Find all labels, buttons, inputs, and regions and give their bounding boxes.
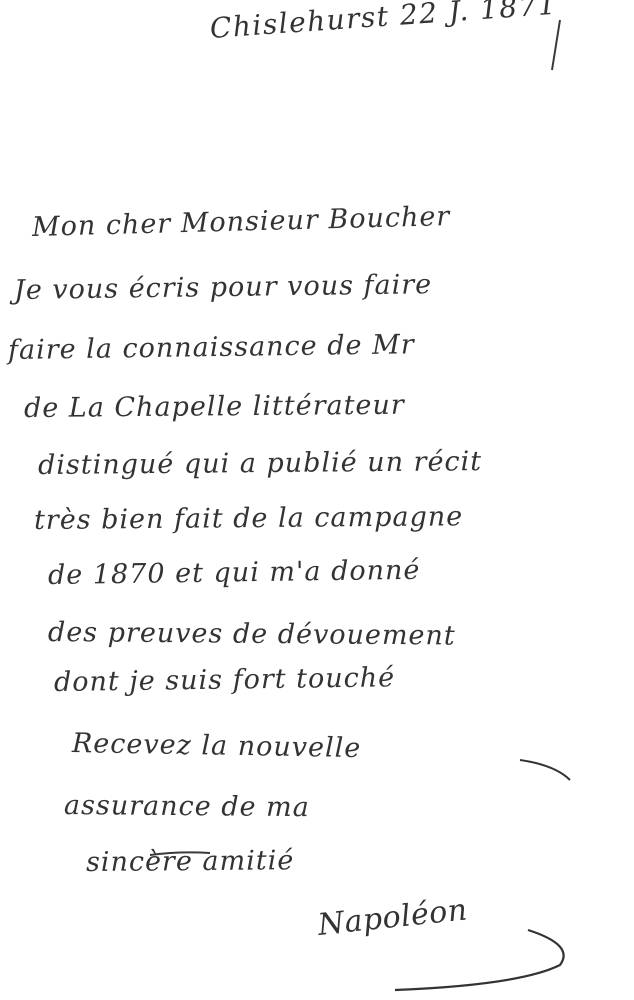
handwritten-letter: Chislehurst 22 J. 1871 Mon cher Monsieur… [0, 0, 634, 1000]
signature-flourish-icon [0, 0, 634, 1000]
